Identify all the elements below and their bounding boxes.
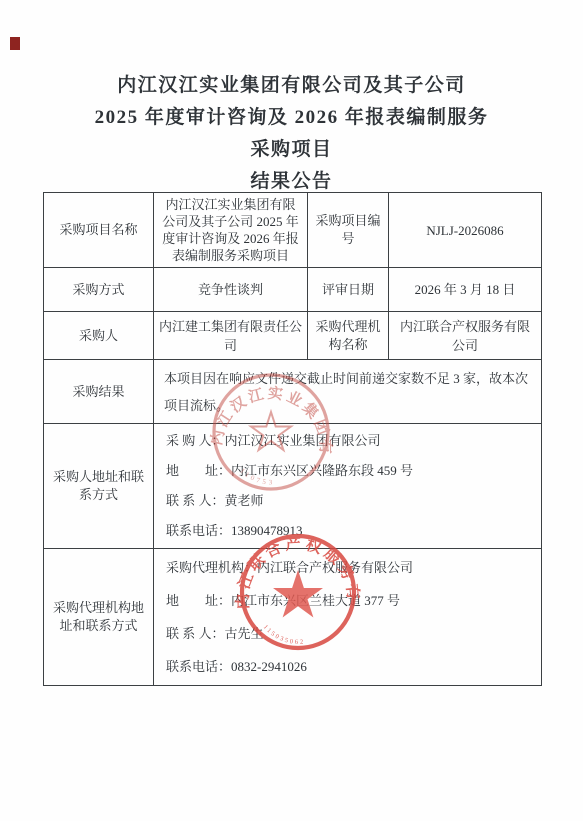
- cell-buyer-contact-label: 采购人地址和联系方式: [44, 424, 154, 549]
- cell-project-name-label: 采购项目名称: [44, 193, 154, 268]
- table-row: 采购代理机构地址和联系方式 采购代理机构：内江联合产权服务有限公司 地 址：内江…: [44, 549, 542, 686]
- table-row: 采购人 内江建工集团有限责任公司 采购代理机构名称 内江联合产权服务有限公司: [44, 312, 542, 360]
- cell-project-number-label: 采购项目编号: [308, 193, 389, 268]
- scan-artifact-red-square: [10, 37, 20, 50]
- agency-contact-person: 联 系 人：古先生: [166, 617, 536, 650]
- table-row: 采购方式 竞争性谈判 评审日期 2026 年 3 月 18 日: [44, 268, 542, 312]
- title-line-2: 2025 年度审计咨询及 2026 年报表编制服务: [0, 102, 583, 134]
- cell-project-name-value: 内江汉江实业集团有限公司及其子公司 2025 年度审计咨询及 2026 年报表编…: [154, 193, 308, 268]
- agency-contact-name: 采购代理机构：内江联合产权服务有限公司: [166, 551, 536, 584]
- cell-result-value: 本项目因在响应文件递交截止时间前递交家数不足 3 家，故本次项目流标。: [154, 360, 542, 424]
- buyer-contact-name: 采 购 人：内江汉江实业集团有限公司: [166, 426, 536, 456]
- cell-agency-name-label: 采购代理机构名称: [308, 312, 389, 360]
- cell-agency-contact-value: 采购代理机构：内江联合产权服务有限公司 地 址：内江市东兴区兰桂大道 377 号…: [154, 549, 542, 686]
- document-title: 内江汉江实业集团有限公司及其子公司 2025 年度审计咨询及 2026 年报表编…: [0, 70, 583, 198]
- table-row: 采购项目名称 内江汉江实业集团有限公司及其子公司 2025 年度审计咨询及 20…: [44, 193, 542, 268]
- cell-agency-contact-label: 采购代理机构地址和联系方式: [44, 549, 154, 686]
- cell-buyer-contact-value: 采 购 人：内江汉江实业集团有限公司 地 址：内江市东兴区兴隆路东段 459 号…: [154, 424, 542, 549]
- agency-contact-address: 地 址：内江市东兴区兰桂大道 377 号: [166, 584, 536, 617]
- cell-buyer-label: 采购人: [44, 312, 154, 360]
- cell-review-date-label: 评审日期: [308, 268, 389, 312]
- buyer-contact-phone: 联系电话：13890478913: [166, 516, 536, 546]
- table-row: 采购人地址和联系方式 采 购 人：内江汉江实业集团有限公司 地 址：内江市东兴区…: [44, 424, 542, 549]
- document-page: 内江汉江实业集团有限公司及其子公司 2025 年度审计咨询及 2026 年报表编…: [0, 0, 583, 821]
- cell-buyer-value: 内江建工集团有限责任公司: [154, 312, 308, 360]
- cell-result-label: 采购结果: [44, 360, 154, 424]
- cell-method-value: 竞争性谈判: [154, 268, 308, 312]
- table-row: 采购结果 本项目因在响应文件递交截止时间前递交家数不足 3 家，故本次项目流标。: [44, 360, 542, 424]
- procurement-result-table: 采购项目名称 内江汉江实业集团有限公司及其子公司 2025 年度审计咨询及 20…: [43, 192, 542, 686]
- title-line-3: 采购项目: [0, 134, 583, 166]
- cell-review-date-value: 2026 年 3 月 18 日: [389, 268, 542, 312]
- cell-method-label: 采购方式: [44, 268, 154, 312]
- title-line-1: 内江汉江实业集团有限公司及其子公司: [0, 70, 583, 102]
- agency-contact-phone: 联系电话：0832-2941026: [166, 650, 536, 683]
- buyer-contact-address: 地 址：内江市东兴区兴隆路东段 459 号: [166, 456, 536, 486]
- cell-project-number-value: NJLJ-2026086: [389, 193, 542, 268]
- cell-agency-name-value: 内江联合产权服务有限公司: [389, 312, 542, 360]
- buyer-contact-person: 联 系 人：黄老师: [166, 486, 536, 516]
